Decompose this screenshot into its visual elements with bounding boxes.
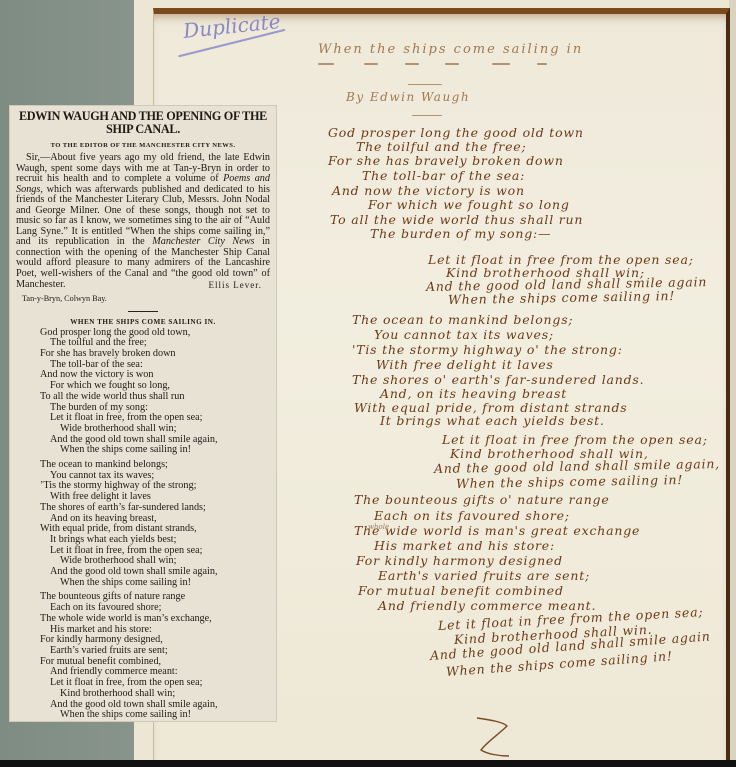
- title-underline: [492, 63, 510, 65]
- letter-place: Tan-y-Bryn, Colwyn Bay.: [22, 294, 270, 303]
- manuscript-title: When the ships come sailing in: [318, 42, 583, 57]
- manuscript-line: For kindly harmony designed: [356, 553, 563, 568]
- manuscript-line: You cannot tax its waves;: [374, 327, 554, 342]
- divider-rule: [128, 311, 158, 312]
- manuscript-line: And now the victory is won: [332, 183, 525, 198]
- right-edge: [729, 0, 736, 767]
- poem-stanza: God prosper long the good old town,The t…: [40, 328, 270, 456]
- manuscript-line: For she has bravely broken down: [328, 153, 564, 168]
- poem-line: Kind brotherhood shall win;: [40, 689, 270, 700]
- scan-border: [0, 760, 736, 767]
- title-underline: [405, 63, 419, 65]
- poem-line: To all the wide world thus shall run: [40, 392, 270, 403]
- manuscript-line: To all the wide world thus shall run: [330, 212, 583, 227]
- poem-title: WHEN THE SHIPS COME SAILING IN.: [16, 318, 270, 326]
- manuscript-line: The ocean to mankind belongs;: [352, 312, 573, 327]
- manuscript-line: It brings what each yields best.: [380, 413, 605, 428]
- manuscript-line: Let it float in free from the open sea;: [442, 432, 708, 447]
- manuscript-insertion: whole: [368, 523, 389, 531]
- poem-stanza: The ocean to mankind belongs;You cannot …: [40, 460, 270, 588]
- manuscript-byline: By Edwin Waugh: [346, 90, 470, 104]
- letter-body: Sir,—About five years ago my old friend,…: [16, 153, 270, 290]
- poem-line: When the ships come sailing in!: [40, 578, 270, 589]
- title-underline: [537, 63, 547, 65]
- manuscript-line: The toll-bar of the sea:: [362, 168, 525, 183]
- manuscript-line: The bounteous gifts o' nature range: [354, 492, 610, 507]
- clipping-headline: EDWIN WAUGH AND THE OPENING OF THE SHIP …: [16, 110, 270, 136]
- manuscript-line: God prosper long the good old town: [328, 125, 584, 140]
- newspaper-clipping: EDWIN WAUGH AND THE OPENING OF THE SHIP …: [9, 105, 277, 722]
- manuscript-line: Each on its favoured shore;: [374, 508, 570, 523]
- end-flourish: [473, 716, 513, 758]
- manuscript-line: With free delight it laves: [376, 357, 554, 372]
- title-underline: [318, 63, 334, 65]
- decorative-flourish: [412, 115, 442, 116]
- manuscript-line: 'Tis the stormy highway o' the strong:: [352, 342, 623, 357]
- manuscript-line: The shores o' earth's far-sundered lands…: [352, 372, 644, 387]
- manuscript-line: The toilful and the free;: [356, 139, 526, 154]
- manuscript-line: The burden of my song:—: [370, 226, 551, 241]
- poem-line: When the ships come sailing in!: [40, 445, 270, 456]
- poem-line: The whole wide world is man’s exchange,: [40, 614, 270, 625]
- manuscript-line: Earth's varied fruits are sent;: [378, 568, 590, 583]
- manuscript-line: For which we fought so long: [368, 197, 570, 212]
- poem-line: When the ships come sailing in!: [40, 710, 270, 721]
- decorative-flourish: [408, 84, 442, 85]
- title-underline: [445, 63, 459, 65]
- manuscript-line: For mutual benefit combined: [358, 583, 564, 598]
- printed-poem: God prosper long the good old town,The t…: [16, 328, 270, 721]
- manuscript-line: His market and his store:: [374, 538, 555, 553]
- title-underline: [364, 63, 378, 65]
- manuscript-line: And, on its heaving breast: [380, 386, 567, 401]
- poem-line: The shores of earth’s far-sundered lands…: [40, 503, 270, 514]
- manuscript-line: The wide world is man's great exchange: [354, 523, 640, 538]
- letter-italic-newspaper: Manchester City News: [152, 236, 254, 247]
- poem-stanza: The bounteous gifts of nature rangeEach …: [40, 592, 270, 720]
- clipping-subheadline: TO THE EDITOR OF THE MANCHESTER CITY NEW…: [16, 142, 270, 149]
